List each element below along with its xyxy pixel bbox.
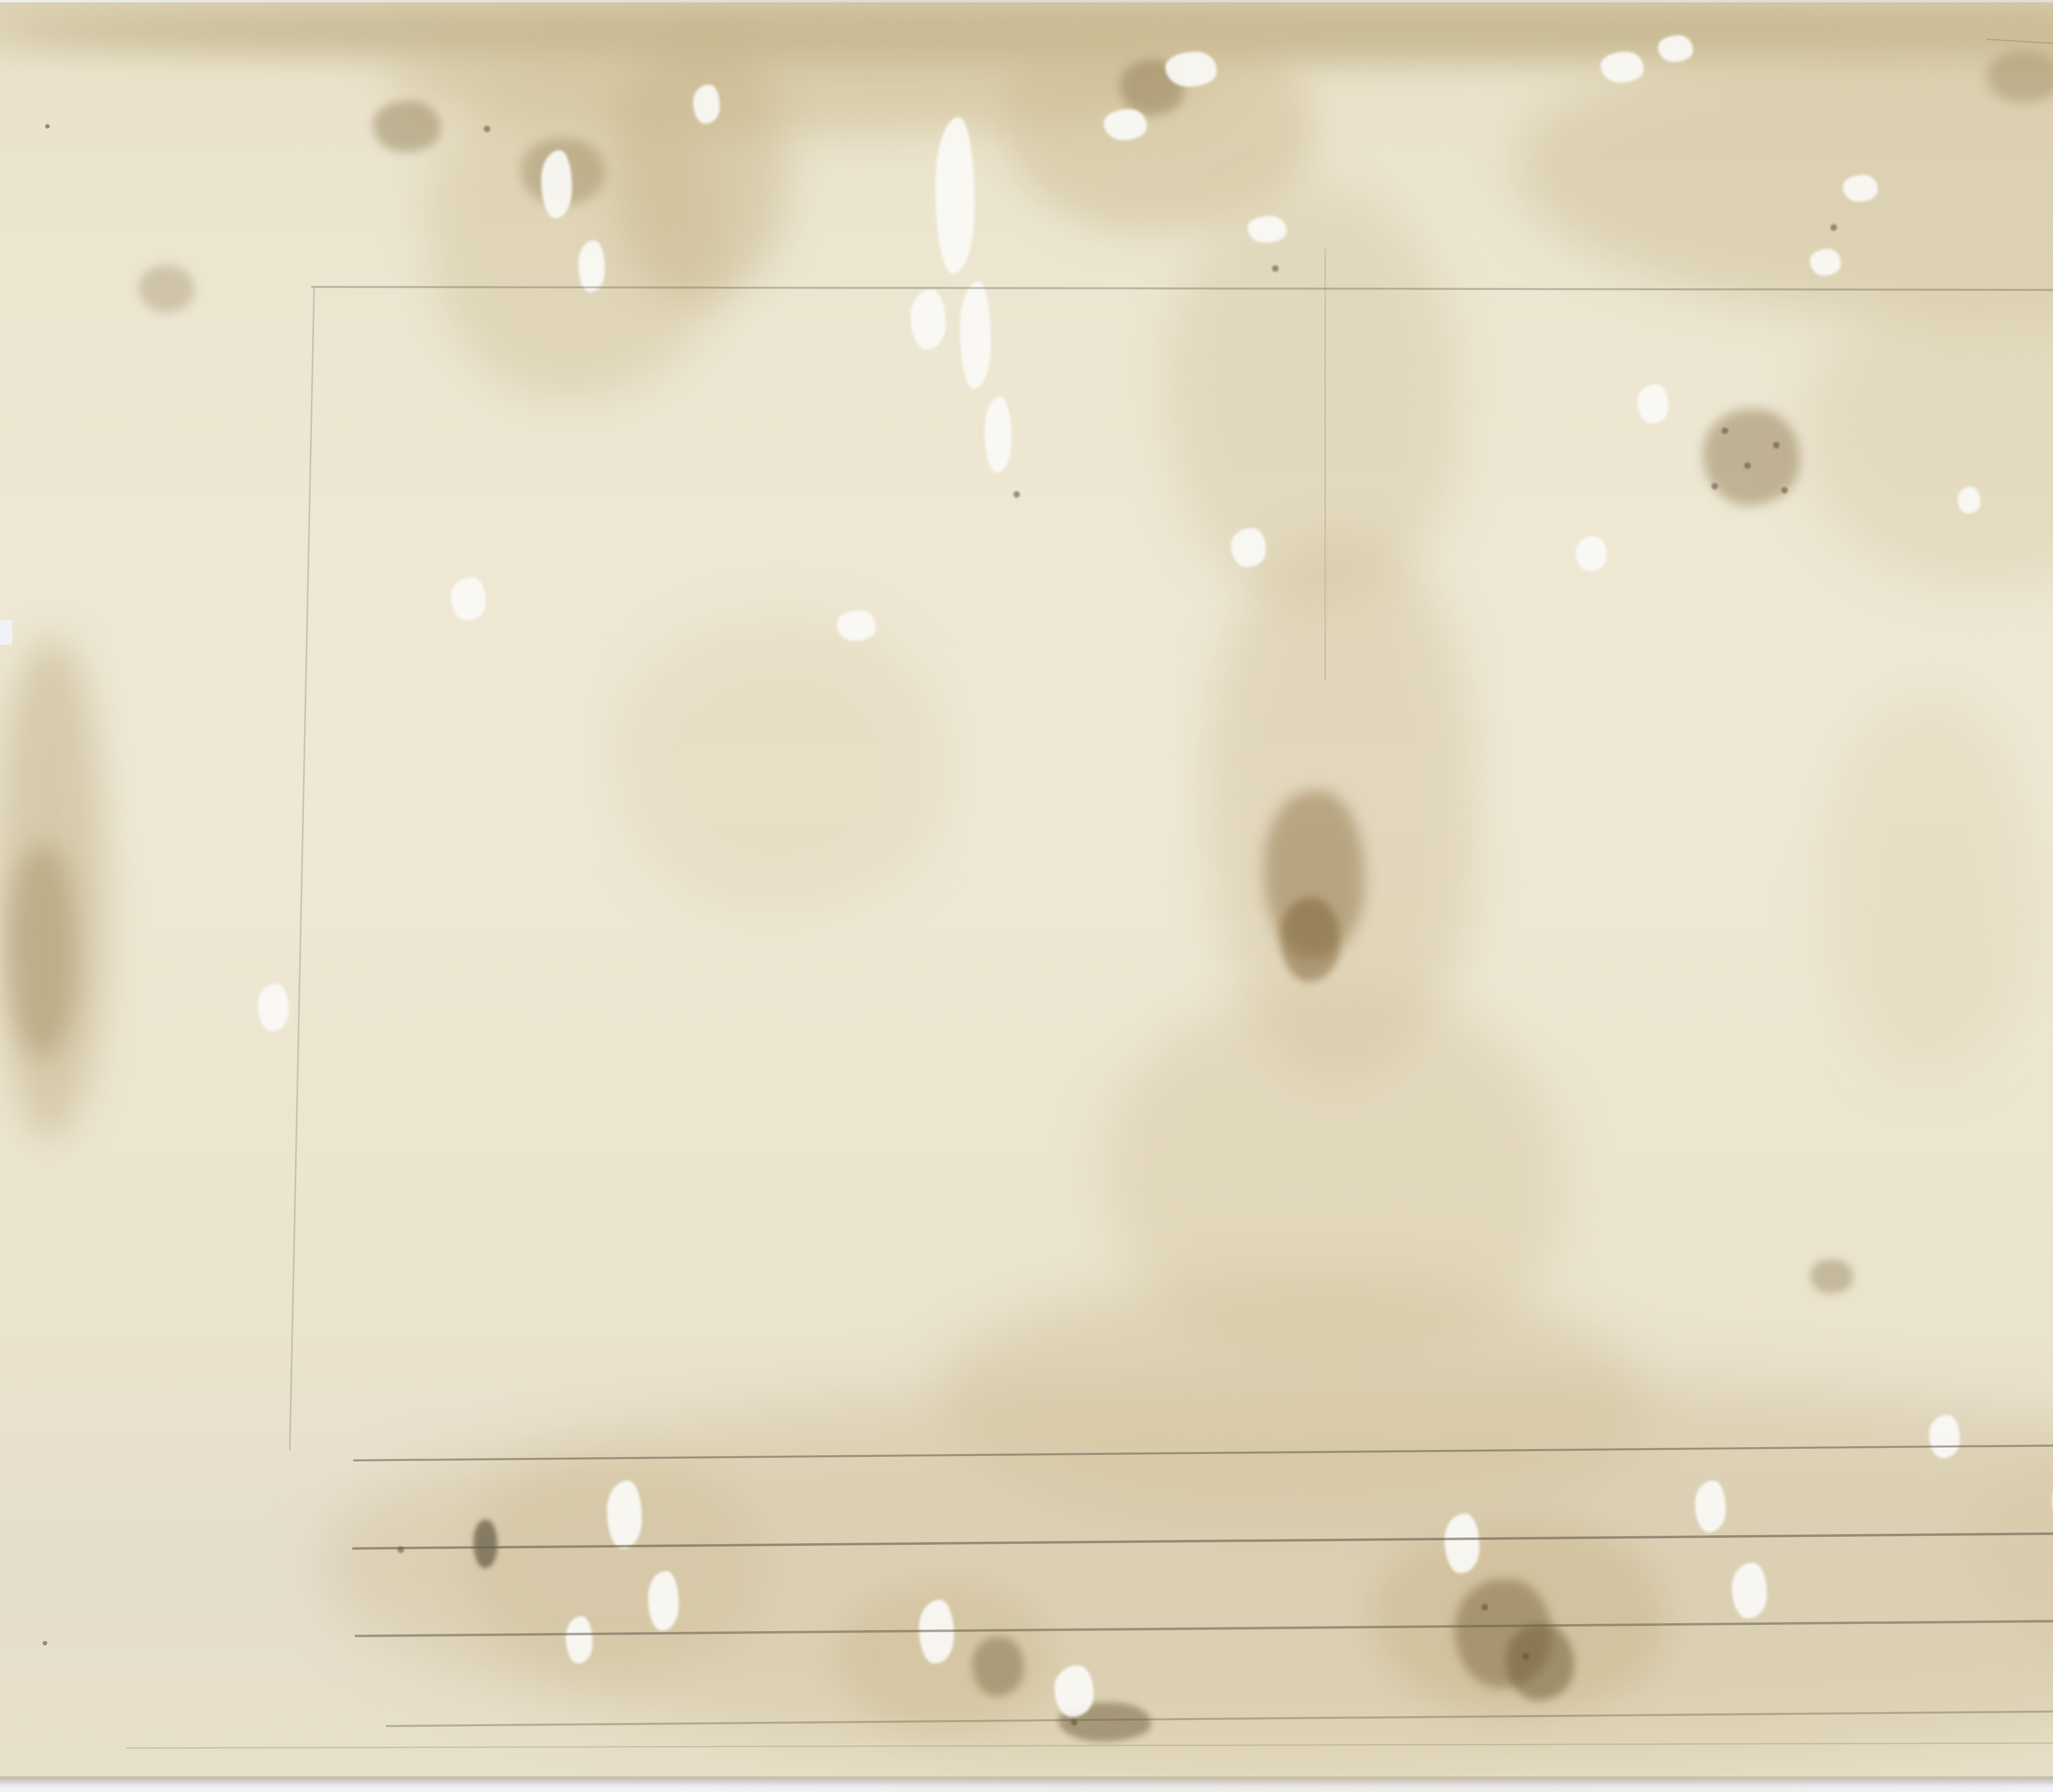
paper-stain bbox=[972, 1637, 1024, 1696]
paper-stain bbox=[373, 101, 441, 152]
paper-stain bbox=[139, 265, 194, 312]
paper-stain bbox=[1732, 1563, 1767, 1618]
paper-stain bbox=[1104, 109, 1147, 140]
paper-stain bbox=[1695, 1481, 1726, 1532]
paper-stain bbox=[1601, 52, 1644, 83]
paper-stain bbox=[648, 1571, 679, 1631]
paper-stain bbox=[1444, 1514, 1479, 1573]
paper-stain bbox=[484, 126, 490, 132]
paper-stain bbox=[611, 618, 948, 914]
paper-stain bbox=[1165, 52, 1217, 87]
paper-stain bbox=[1576, 536, 1607, 571]
pinhole-top-left bbox=[45, 124, 50, 129]
paper-sheet: 女子 宇楚 母白裔氏下地仁也朝許長女嘉呼 明治三十四年八月七日生 60 bbox=[0, 2, 2053, 1779]
paper-stain bbox=[1231, 528, 1266, 567]
paper-stain bbox=[1744, 462, 1751, 469]
paper-stain bbox=[1637, 384, 1668, 423]
edge-notch-left bbox=[0, 620, 12, 645]
paper-stain bbox=[566, 1616, 592, 1663]
paper-stain bbox=[1781, 487, 1788, 494]
paper-stain bbox=[1247, 216, 1286, 243]
paper-stain bbox=[578, 241, 605, 292]
paper-stain bbox=[1658, 35, 1693, 62]
paper-stain bbox=[1054, 1666, 1093, 1717]
paper-stain bbox=[1810, 1259, 1853, 1294]
paper-stain bbox=[1822, 701, 2036, 1078]
paper-stain bbox=[693, 85, 720, 124]
paper-stain bbox=[1929, 1415, 1960, 1458]
paper-stain bbox=[1523, 1653, 1529, 1660]
paper-stain bbox=[1958, 487, 1980, 514]
paper-stain bbox=[1481, 1604, 1488, 1611]
paper-stain bbox=[1830, 224, 1837, 231]
paper-stain bbox=[607, 1481, 642, 1548]
paper-stain bbox=[1711, 483, 1718, 489]
pinhole-bottom-left bbox=[43, 1641, 47, 1645]
paper-stain bbox=[1802, 290, 2053, 586]
paper-stain bbox=[1506, 1624, 1574, 1700]
paper-stain bbox=[935, 117, 974, 273]
paper-stain bbox=[985, 397, 1011, 473]
paper-stain bbox=[911, 290, 946, 349]
paper-stain bbox=[1280, 898, 1340, 982]
paper-stain bbox=[541, 150, 572, 218]
paper-stain bbox=[1773, 442, 1780, 448]
paper-stain bbox=[1013, 491, 1020, 498]
paper-stain bbox=[611, 39, 788, 302]
paper-stain bbox=[7, 844, 77, 1058]
paper-stain bbox=[473, 1520, 497, 1568]
paper-stain bbox=[960, 282, 991, 388]
stain-layer bbox=[0, 2, 2053, 1776]
paper-stain bbox=[1810, 249, 1841, 276]
paper-stain bbox=[258, 984, 289, 1031]
paper-stain bbox=[1514, 27, 2053, 323]
paper-stain bbox=[451, 577, 486, 620]
paper-stain bbox=[837, 610, 876, 641]
scanned-document-page: 女子 宇楚 母白裔氏下地仁也朝許長女嘉呼 明治三十四年八月七日生 60 bbox=[0, 0, 2053, 1792]
crease-center-vertical bbox=[1325, 249, 1326, 680]
paper-stain bbox=[1272, 265, 1279, 272]
paper-stain bbox=[1843, 175, 1878, 202]
paper-stain bbox=[1722, 427, 1728, 434]
